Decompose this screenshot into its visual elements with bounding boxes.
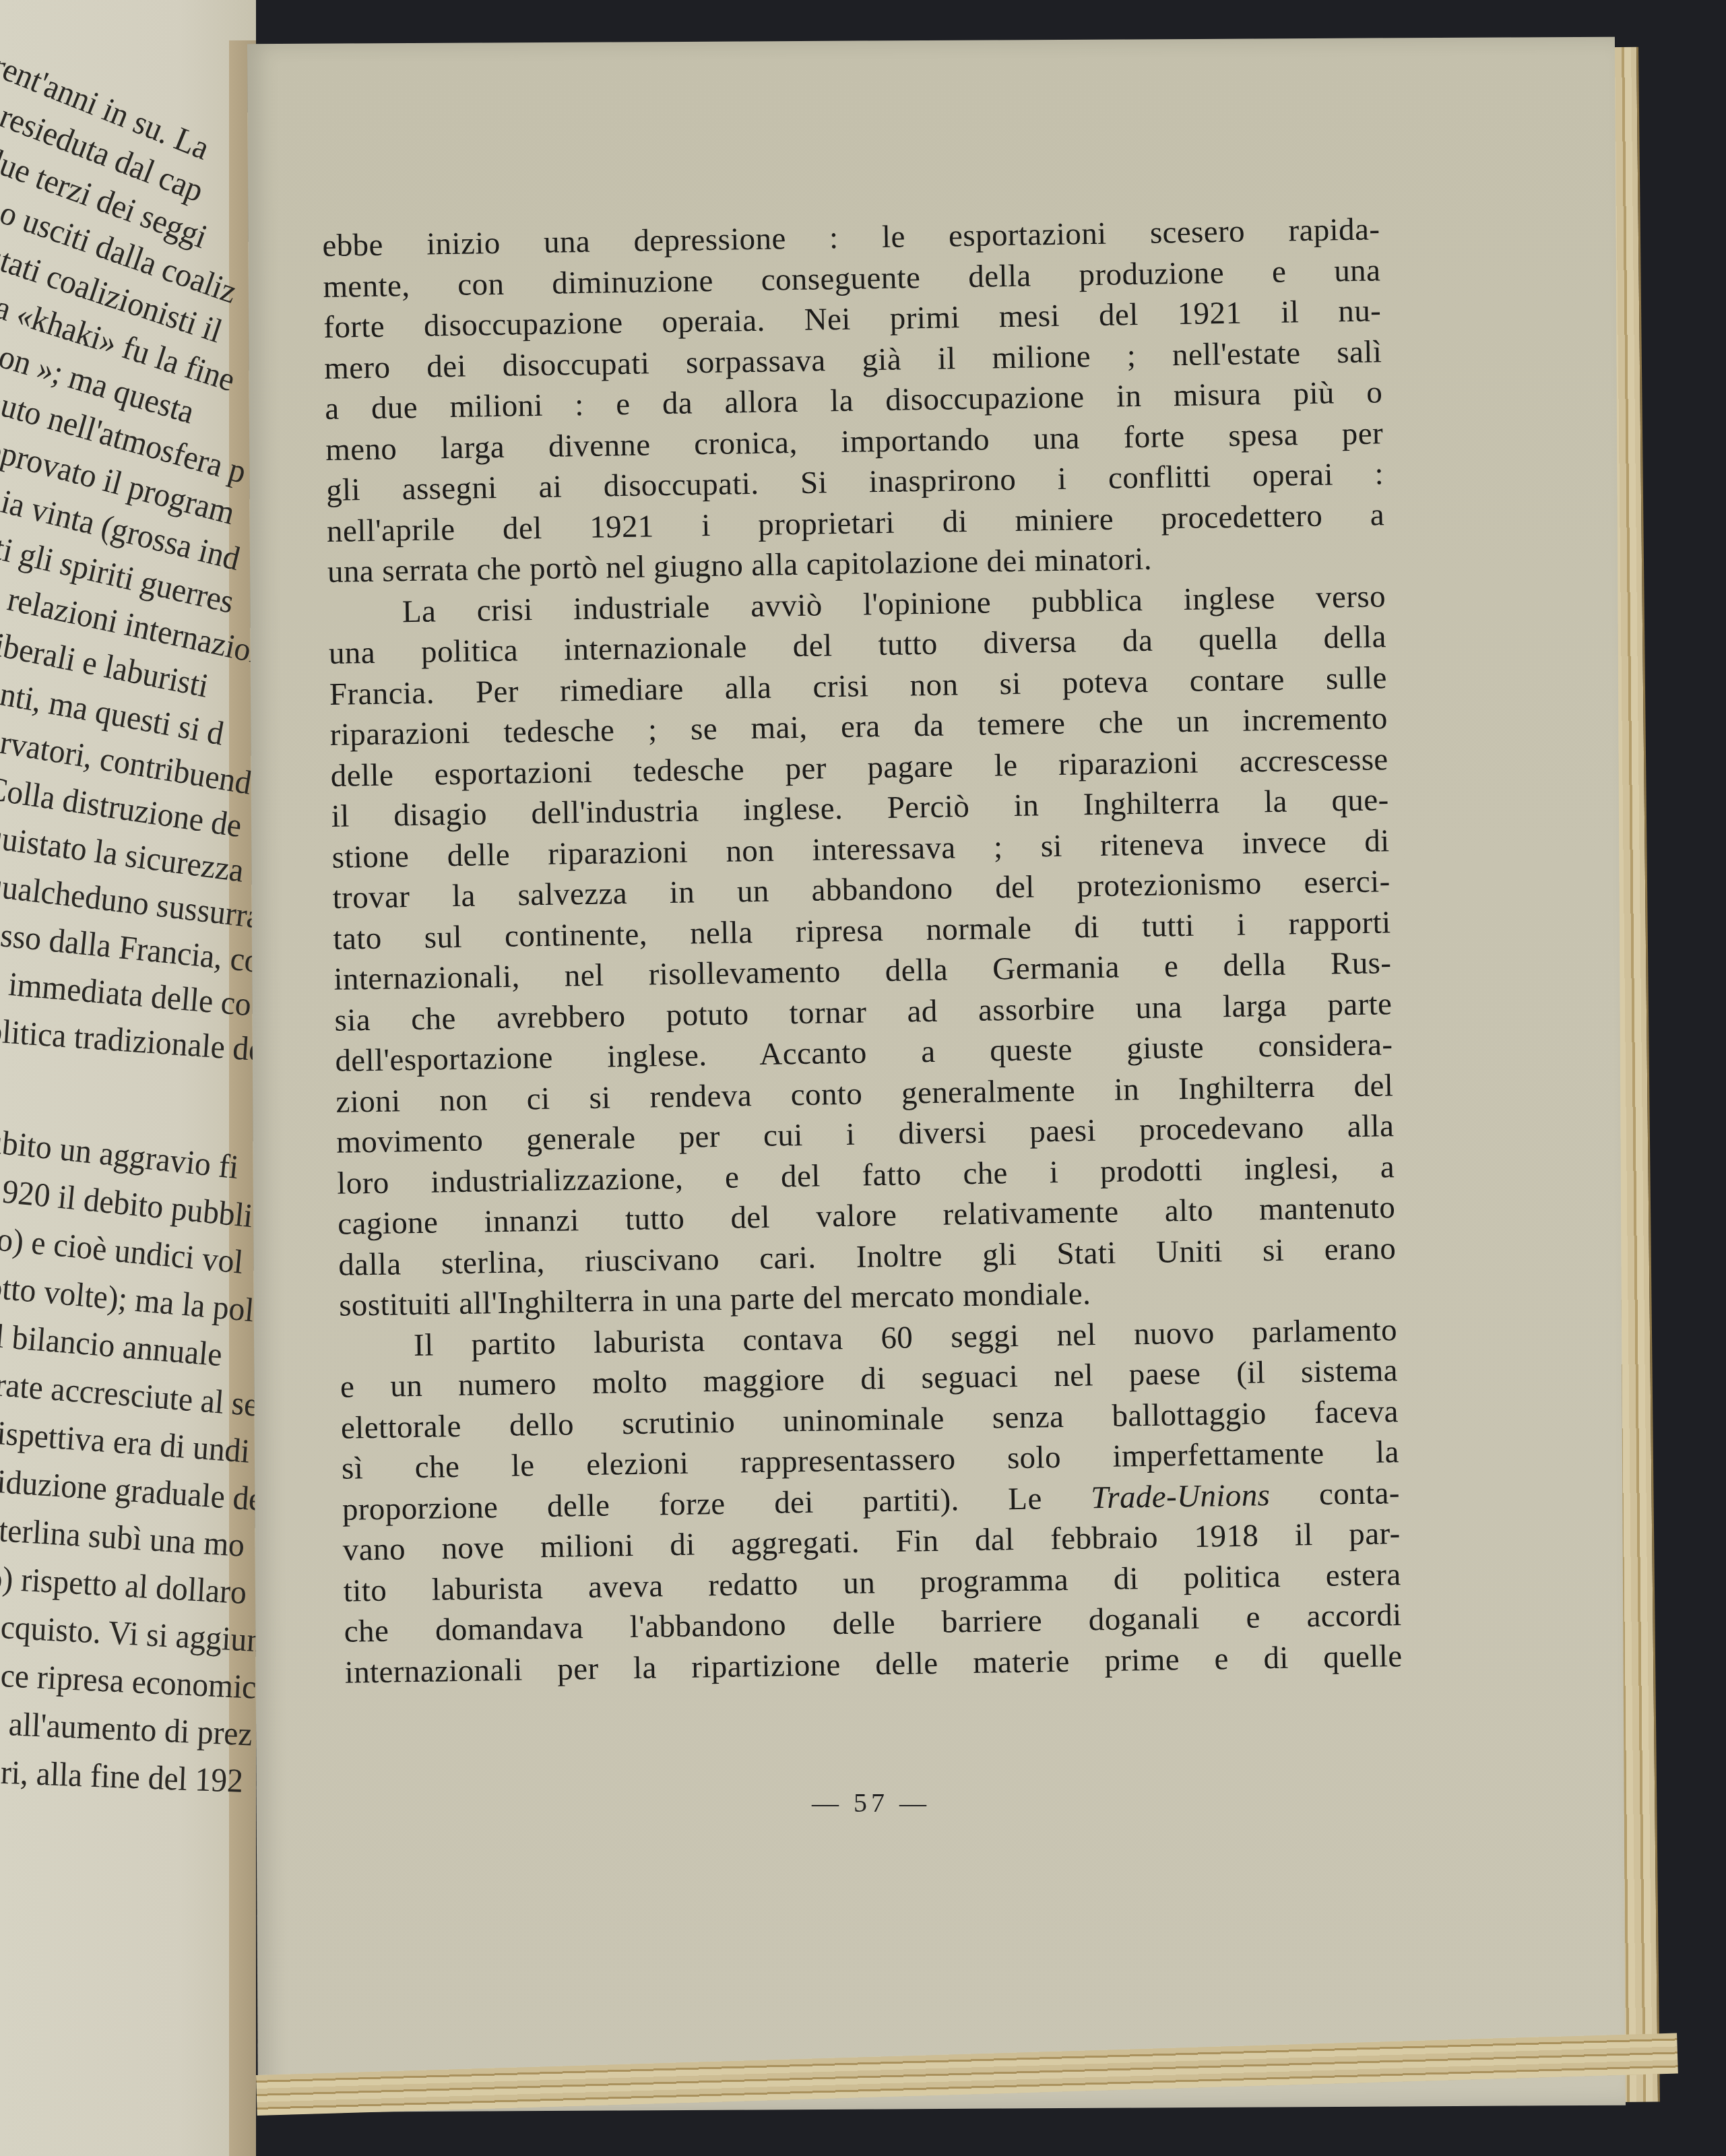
left-page-line: e all'aumento di prez — [0, 1703, 253, 1753]
left-page-line: riduzione graduale de — [0, 1461, 256, 1519]
page-number: — 57 — — [812, 1787, 930, 1818]
italic-term: Trade-Unions — [1091, 1478, 1271, 1515]
body-text: ebbe inizio una depressione : le esporta… — [322, 209, 1403, 1692]
left-page-line: o) rispetto al dollaro — [0, 1558, 248, 1612]
left-page-line: ari, alla fine del 192 — [0, 1752, 244, 1800]
left-facing-page: trent'anni in su. Lapresieduta dal capdu… — [0, 0, 256, 2156]
left-page-line: rispettiva era di undi — [0, 1412, 251, 1471]
left-page-line: sterlina subì una mo — [0, 1509, 246, 1564]
left-page-line: acquisto. Vi si aggiuns — [0, 1606, 256, 1660]
left-page-line: ace ripresa economica — [0, 1655, 256, 1707]
